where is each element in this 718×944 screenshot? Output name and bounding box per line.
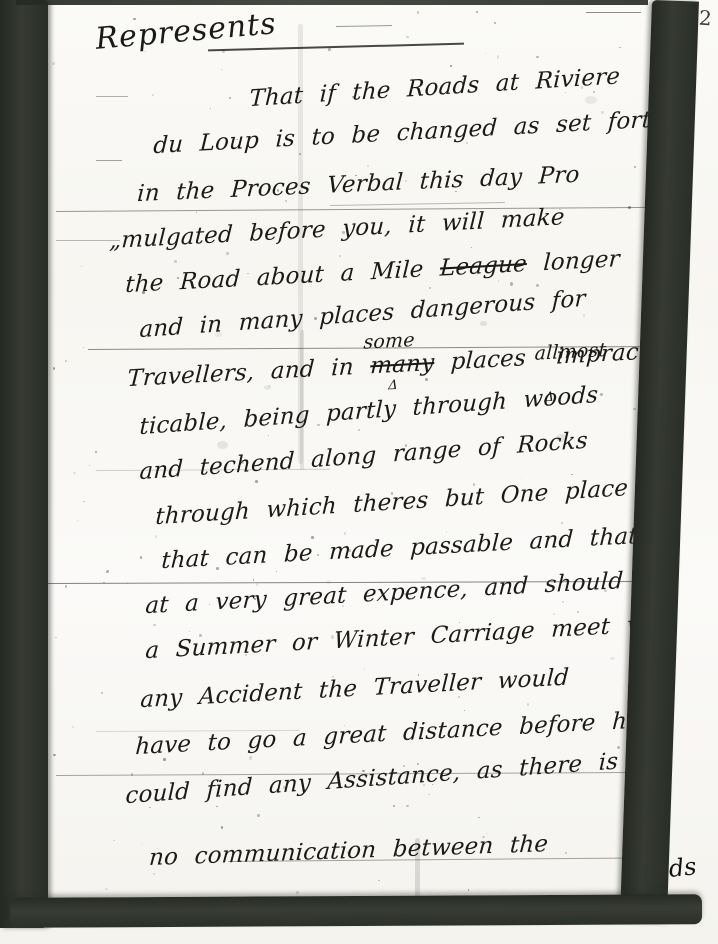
scan-border-bottom-band xyxy=(10,894,702,928)
handwritten-text: at a very great expence, and should xyxy=(145,568,624,619)
manuscript-line: any Accident the Traveller would xyxy=(140,665,570,714)
speckle xyxy=(276,571,277,572)
manuscript-line: and in many places dangerous for xyxy=(139,286,586,343)
speckle xyxy=(255,480,258,483)
speckle xyxy=(364,668,365,670)
speckle xyxy=(152,94,154,95)
speckle xyxy=(101,692,103,693)
scan-page: Represents That if the Roads at Riviered… xyxy=(0,0,718,944)
speckle xyxy=(527,703,529,705)
speckle xyxy=(189,631,190,632)
struck-word: many xyxy=(370,350,435,379)
interlinear-insertion: some xyxy=(363,329,415,354)
handwritten-text: Travellers, and in xyxy=(127,353,371,392)
speckle xyxy=(221,826,223,829)
speckle xyxy=(249,756,252,759)
speckle xyxy=(174,260,177,263)
speckle xyxy=(257,814,260,817)
speckle xyxy=(153,873,155,875)
speckle xyxy=(268,435,269,436)
speckle xyxy=(53,367,55,370)
speckle xyxy=(229,97,231,99)
ruled-line xyxy=(586,12,641,13)
speckle xyxy=(510,282,513,286)
handwritten-text: a Summer or Winter Carriage meet with xyxy=(145,610,680,664)
speckle xyxy=(417,11,419,13)
speckle xyxy=(425,378,428,381)
speckle xyxy=(226,252,228,255)
ruled-line xyxy=(336,25,392,27)
speckle xyxy=(221,69,222,70)
speckle xyxy=(155,535,157,538)
speckle xyxy=(561,522,563,524)
speckle xyxy=(478,817,480,819)
speckle xyxy=(113,840,114,841)
speckle xyxy=(55,637,57,638)
interlinear-insertion: allmost xyxy=(534,339,607,365)
manuscript-line: could find any Assistance, as there is xyxy=(125,749,619,810)
speckle xyxy=(536,56,538,59)
speckle xyxy=(619,47,621,48)
speckle xyxy=(634,166,637,168)
handwritten-text: could find any Assistance, as there is xyxy=(125,749,619,810)
speckle xyxy=(393,805,395,806)
speckle xyxy=(140,556,143,559)
speckle xyxy=(89,465,90,466)
speckle xyxy=(406,805,409,807)
handwritten-text: du Loup is to be changed as set forth xyxy=(153,106,667,159)
speckle xyxy=(600,393,603,396)
speckle xyxy=(494,22,496,24)
speckle xyxy=(498,280,499,282)
speckle xyxy=(593,91,594,93)
heading-flourish xyxy=(208,43,464,52)
speckle xyxy=(633,408,636,410)
smudge xyxy=(264,385,271,390)
speckle xyxy=(73,472,76,474)
speckle xyxy=(65,585,67,588)
speckle xyxy=(196,212,197,213)
speckle xyxy=(83,501,85,502)
speckle xyxy=(141,844,142,845)
speckle xyxy=(583,314,585,317)
speckle xyxy=(577,611,579,613)
manuscript-line: and techend along range of Rocks xyxy=(139,428,588,485)
speckle xyxy=(429,287,431,289)
speckle xyxy=(553,613,555,615)
speckle xyxy=(163,758,165,761)
smudge xyxy=(480,321,487,326)
manuscript-line: in the Proces Verbal this day Pro xyxy=(136,162,580,207)
speckle xyxy=(571,474,573,475)
scan-border-left-band xyxy=(0,0,48,928)
handwritten-text: the Road about a Mile xyxy=(125,256,441,299)
handwritten-text: in the Proces Verbal this day Pro xyxy=(136,162,580,207)
manuscript-line: at a very great expence, and should xyxy=(145,568,624,619)
speckle xyxy=(468,889,470,891)
handwritten-text: and in many places dangerous for xyxy=(139,286,586,343)
speckle xyxy=(339,255,341,257)
manuscript-line: no communication between the xyxy=(148,831,549,871)
speckle xyxy=(210,108,211,110)
ruled-line xyxy=(330,202,505,206)
ruled-line xyxy=(96,96,128,97)
struck-word: League xyxy=(439,251,527,282)
manuscript-line: That if the Roads at Riviere xyxy=(249,63,621,112)
speckle xyxy=(296,891,298,894)
speckle xyxy=(81,266,82,267)
speckle xyxy=(521,478,522,479)
speckle xyxy=(311,536,313,539)
speckle xyxy=(52,62,55,65)
caret-mark: Δ xyxy=(388,378,398,394)
smudge xyxy=(610,657,614,660)
handwritten-text: longer xyxy=(526,246,620,277)
inserted-word: allmostΔ xyxy=(542,364,556,365)
speckle xyxy=(485,53,486,54)
speckle xyxy=(450,65,452,66)
speckle xyxy=(65,360,67,363)
manuscript-line: through which theres but One place xyxy=(155,475,629,530)
manuscript-line: a Summer or Winter Carriage meet with xyxy=(145,610,680,664)
speckle xyxy=(328,48,330,51)
paper: Represents That if the Roads at Riviered… xyxy=(0,0,718,944)
speckle xyxy=(72,726,74,728)
speckle xyxy=(153,624,155,626)
speckle xyxy=(253,579,255,580)
handwritten-text: no communication between the xyxy=(148,831,549,871)
speckle xyxy=(464,710,465,711)
speckle xyxy=(77,520,78,521)
handwritten-text: „mulgated before you, it will make xyxy=(109,204,566,254)
speckle xyxy=(536,284,538,286)
handwritten-text: that can be made passable and that xyxy=(161,523,639,574)
speckle xyxy=(428,794,430,795)
speckle xyxy=(497,55,500,58)
smudge xyxy=(585,96,596,104)
handwritten-text: and techend along range of Rocks xyxy=(139,428,588,485)
edited-word: manysomeΔ xyxy=(370,350,435,379)
manuscript-line: „mulgated before you, it will make xyxy=(109,204,566,254)
speckle xyxy=(367,165,369,167)
handwritten-text: That if the Roads at Riviere xyxy=(249,63,621,112)
speckle xyxy=(95,451,97,453)
speckle xyxy=(53,754,56,756)
speckle xyxy=(565,852,567,854)
speckle xyxy=(471,247,472,248)
speckle xyxy=(476,11,478,12)
manuscript-line: du Loup is to be changed as set forth xyxy=(153,106,667,159)
handwritten-text: any Accident the Traveller would xyxy=(140,665,570,714)
speckle xyxy=(344,532,346,534)
speckle xyxy=(358,429,360,431)
ruled-line xyxy=(96,160,122,161)
speckle xyxy=(378,880,379,881)
speckle xyxy=(83,347,84,348)
handwritten-text: places xyxy=(434,344,544,376)
smudge xyxy=(217,441,228,449)
handwritten-text: through which theres but One place xyxy=(155,475,629,530)
speckle xyxy=(216,806,218,807)
speckle xyxy=(256,583,258,586)
scan-border-top-band xyxy=(16,0,648,5)
speckle xyxy=(406,36,409,38)
speckle xyxy=(106,570,108,573)
page-number: 2 xyxy=(698,6,712,31)
speckle xyxy=(562,601,564,603)
manuscript-line: that can be made passable and that xyxy=(161,523,639,574)
speckle xyxy=(105,888,108,890)
